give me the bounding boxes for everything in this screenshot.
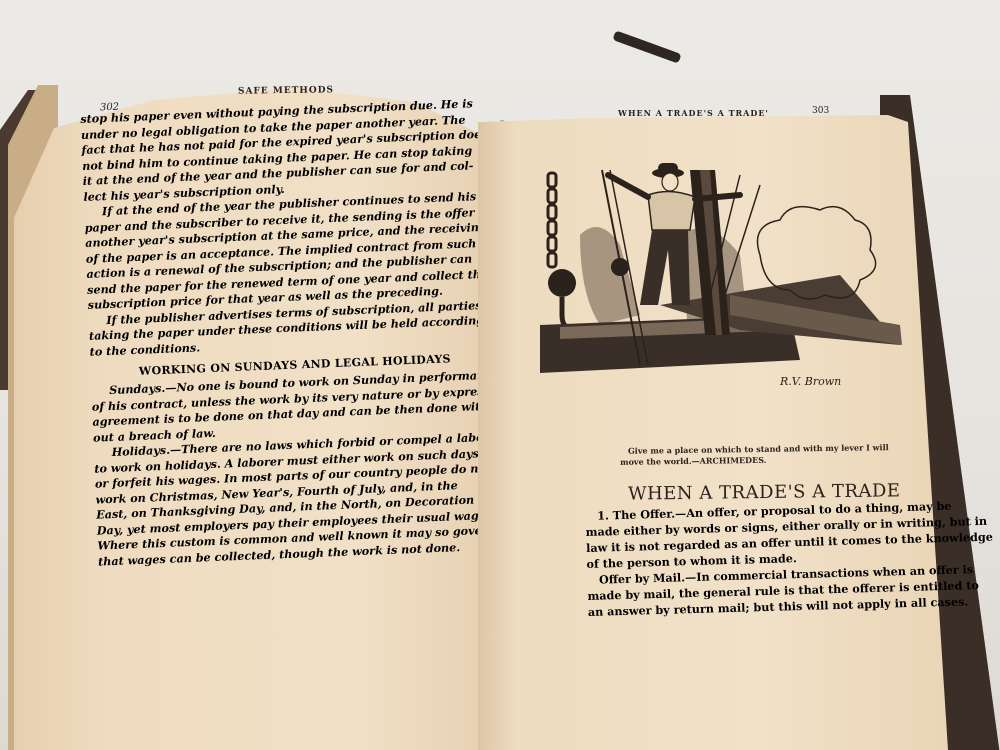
right-running-head: WHEN A TRADE'S A TRADE' (618, 108, 769, 118)
left-running-head: SAFE METHODS (238, 85, 334, 96)
illustration-caption: Give me a place on which to stand and wi… (620, 442, 889, 468)
left-page-body: stop his paper even without paying the s… (80, 96, 507, 570)
right-page-number: 303 (812, 106, 829, 116)
right-page-body: 1. The Offer.—An offer, or proposal to d… (585, 497, 995, 620)
worker-on-girders-illustration: R.V. Brown (540, 155, 920, 395)
illustration-signature: R.V. Brown (779, 375, 841, 388)
